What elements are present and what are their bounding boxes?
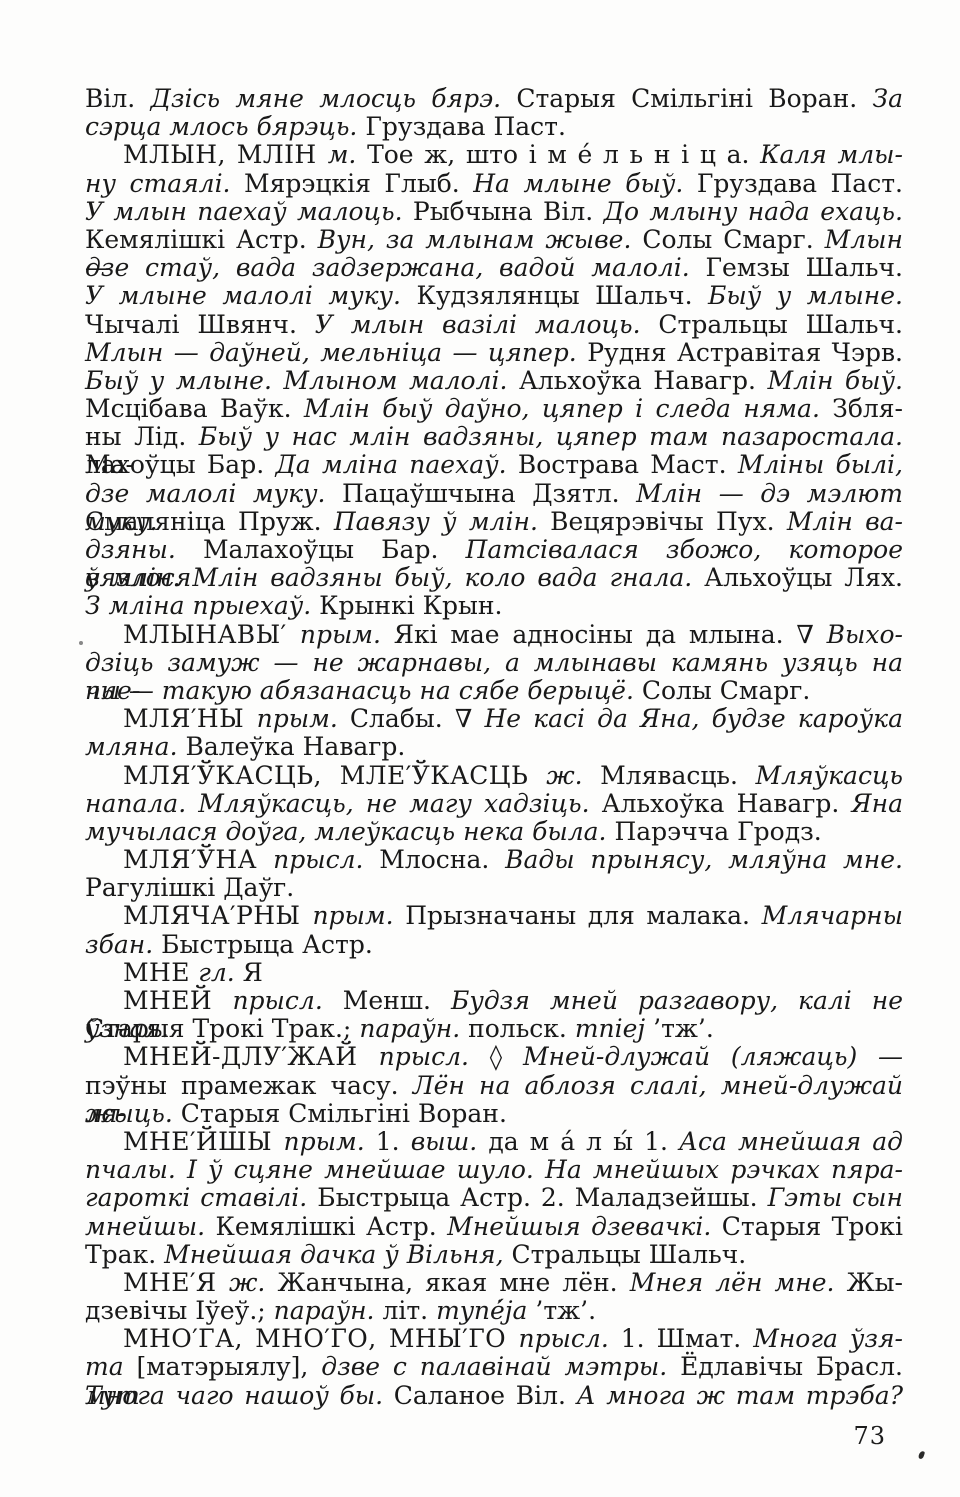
italic-text: Вады прынясу, мляўна мне. [505, 845, 903, 874]
text-line: МЛЫН, МЛІН м. Тое ж, што і м е́ л ь н і … [85, 141, 903, 169]
italic-text: Мней-длужай (ляжаць) — [523, 1042, 903, 1071]
roman-text: [матэрыялу], [136, 1352, 321, 1381]
headword: МНЕЙ-ДЛУ′ЖАЙ [123, 1042, 379, 1071]
text-line: дзяны. Малахоўцы Бар. Патсівалася збожо,… [85, 536, 903, 564]
roman-text: Груздава Паст. [365, 112, 566, 141]
roman-text: Малахоўцы Бар. [203, 535, 466, 564]
text-line: пчалы. І ў сцяне мнейшае шуло. На мнейшы… [85, 1156, 903, 1184]
italic-text: чы — такую абязанасць на сябе берыцё. [85, 676, 642, 705]
text-line: Быў у млыне. Млыном малолі. Альхоўка Нав… [85, 367, 903, 395]
italic-text: гл. [198, 958, 242, 987]
italic-text: гароткі ставілі. [85, 1183, 317, 1212]
italic-text: Мнейшая дачка ў Вільня, [164, 1240, 511, 1269]
italic-text: ну стаялі. [85, 169, 244, 198]
italic-text: На млыне быў. [473, 169, 697, 198]
text-line: та [матэрыялу], дзве с палавінай мэтры. … [85, 1353, 903, 1381]
text-line: МНО′ГА, МНО′ГО, МНЫ′ГО прысл. 1. Шмат. М… [85, 1325, 903, 1353]
headword: МЛЯ′НЫ [123, 704, 257, 733]
italic-text: Да мліна паехаў. [275, 450, 517, 479]
text-line: Чычалі Швянч. У млын вазілі малоць. Стра… [85, 311, 903, 339]
text-line: збан. Быстрыца Астр. [85, 931, 903, 959]
text-line: дзе стаў, вада задзержана, вадой малолі.… [85, 254, 903, 282]
roman-text: 1. [376, 1127, 411, 1156]
italic-text: пчалы. І ў сцяне мнейшае шуло. На мнейшы… [85, 1155, 903, 1184]
text-line: У млыне малолі муку. Кудзялянцы Шальч. Б… [85, 282, 903, 310]
text-line: лахоўцы Бар. Да мліна паехаў. Вострава М… [85, 451, 903, 479]
roman-text: Млосна. [379, 845, 505, 874]
roman-text: Вострава Маст. [518, 450, 738, 479]
italic-text: Павязу ў млін. [334, 507, 550, 536]
italic-text: Вун, за млынам жыве. [318, 225, 643, 254]
roman-text: Тое ж, што і м е́ л ь н і ц а. [367, 140, 760, 169]
roman-text: Быстрыца Астр. 2. Маладзейшы. [317, 1183, 767, 1212]
roman-text: Саланое Віл. [394, 1381, 577, 1410]
page-number: 73 [853, 1422, 886, 1450]
italic-text: Яна [851, 789, 903, 818]
italic-text: многа чаго нашоў бы. [85, 1381, 394, 1410]
text-line: МЛЯ′ЎНА прысл. Млосна. Вады прынясу, мля… [85, 846, 903, 874]
headword: МНЕ [123, 958, 198, 987]
roman-text: Рыбчына Віл. [413, 197, 604, 226]
dictionary-page: Віл. Дзісь мяне млосць бярэ. Старыя Сміл… [0, 0, 960, 1497]
text-line: пэўны прамежак часу. Лён на аблозя слалі… [85, 1072, 903, 1100]
roman-text: Кемялішкі Астр. [85, 225, 318, 254]
italic-text: м. [328, 140, 367, 169]
roman-text: Які мае адносіны да млына. ∇ [394, 620, 827, 649]
roman-text: Віл. [85, 84, 151, 113]
italic-text: Не касі да Яна, будзе кароўка [484, 704, 903, 733]
roman-text: польск. [468, 1014, 575, 1043]
italic-text: Каля млы- [760, 140, 903, 169]
italic-text: прысл. [273, 845, 379, 874]
roman-text: ’тж’. [653, 1014, 714, 1043]
text-line: МЛЯ′ЎКАСЦЬ, МЛЕ′ЎКАСЦЬ ж. Млявасць. Мляў… [85, 762, 903, 790]
text-line: дзіць замуж — не жарнавы, а млынавы камя… [85, 649, 903, 677]
italic-text: У млыне малолі муку. [85, 281, 416, 310]
italic-text: Млін быў. [767, 366, 903, 395]
roman-text: Збля- [832, 394, 903, 423]
italic-text: У млын паехаў малоць. [85, 197, 413, 226]
roman-text: Стральцы Шальч. [512, 1240, 747, 1269]
italic-text: прым. [257, 704, 350, 733]
text-line: Кемялішкі Астр. Вун, за млынам жыве. Сол… [85, 226, 903, 254]
text-line: ў млін. Млін вадзяны быў, коло вада гнал… [85, 564, 903, 592]
italic-text: дзяны. [85, 535, 203, 564]
text-line: З мліна прыехаў. Крынкі Крын. [85, 592, 903, 620]
italic-text: мнейшы. [85, 1212, 216, 1241]
ink-speck [79, 641, 83, 645]
italic-text: З мліна прыехаў. [85, 591, 319, 620]
roman-text: літ. [382, 1296, 436, 1325]
headword: МНО′ГА, МНО′ГО, МНЫ′ГО [123, 1324, 518, 1353]
text-line: мнейшы. Кемялішкі Астр. Мнейшыя дзевачкі… [85, 1213, 903, 1241]
italic-text: параўн. [359, 1014, 468, 1043]
text-line: мляна. Валеўка Навагр. [85, 733, 903, 761]
headword: МНЕ′ЙШЫ [123, 1127, 284, 1156]
italic-text: сэрца млось бярэць. [85, 112, 365, 141]
italic-text: Дзісь мяне млосць бярэ. [151, 84, 517, 113]
italic-text: жыць. [85, 1099, 181, 1128]
italic-text: та [85, 1352, 136, 1381]
italic-text: До млыну нада ехаць. [604, 197, 903, 226]
roman-text: Альхоўка Навагр. [519, 366, 768, 395]
italic-text: прым. [284, 1127, 376, 1156]
roman-text: Альхоўка Навагр. [602, 789, 852, 818]
roman-text: Чычалі Швянч. [85, 310, 315, 339]
roman-text: Груздава Паст. [697, 169, 903, 198]
roman-text: Старыя Трокі Трак.; [85, 1014, 359, 1043]
italic-text: Млін ва- [787, 507, 903, 536]
text-line: МЛЫНАВЫ′ прым. Які мае адносіны да млына… [85, 621, 903, 649]
italic-text: Многа ўзя- [753, 1324, 903, 1353]
roman-text: да м а́ л ы́ 1. [488, 1127, 679, 1156]
roman-text: Гемзы Шальч. [706, 253, 904, 282]
roman-text: ’тж’. [535, 1296, 596, 1325]
italic-text: ж. [546, 761, 600, 790]
text-line: МЛЯ′НЫ прым. Слабы. ∇ Не касі да Яна, бу… [85, 705, 903, 733]
text-line: Віл. Дзісь мяне млосць бярэ. Старыя Сміл… [85, 85, 903, 113]
roman-text: Я [243, 958, 263, 987]
roman-text: ◊ [490, 1042, 523, 1071]
ink-speck [918, 1450, 925, 1459]
roman-text: Менш. [343, 986, 451, 1015]
roman-text: Прызначаны для малака. [405, 901, 761, 930]
roman-text: Смаляніца Пруж. [85, 507, 334, 536]
italic-text: параўн. [274, 1296, 383, 1325]
italic-text: Выхо- [827, 620, 903, 649]
roman-text: Рудня Астравітая Чэрв. [587, 338, 903, 367]
text-line: дзевічы Іўеў.; параўн. літ. mynė́ja ’тж’… [85, 1297, 903, 1325]
roman-text: лахоўцы Бар. [85, 450, 275, 479]
italic-text: збан. [85, 930, 161, 959]
roman-text: Старыя Трокі [722, 1212, 903, 1241]
roman-text: Крынкі Крын. [319, 591, 502, 620]
text-line: МНЕ гл. Я [85, 959, 903, 987]
italic-text: Быў у млыне. Млыном малолі. [85, 366, 519, 395]
text-line: Трак. Мнейшая дачка ў Вільня, Стральцы Ш… [85, 1241, 903, 1269]
text-line: дзе малолі муку. Пацаўшчына Дзятл. Млін … [85, 480, 903, 508]
roman-text: ны Лід. [85, 422, 199, 451]
roman-text: Кудзялянцы Шальч. [416, 281, 708, 310]
roman-text: дзевічы Іўеў.; [85, 1296, 274, 1325]
italic-text: Мліны былі, [738, 450, 903, 479]
text-line: Смаляніца Пруж. Павязу ў млін. Вецярэвіч… [85, 508, 903, 536]
roman-text: Трак. [85, 1240, 164, 1269]
text-line: У млын паехаў малоць. Рыбчына Віл. До мл… [85, 198, 903, 226]
italic-text: Быў у нас млін вадзяны, цяпер там пазаро… [199, 422, 903, 451]
italic-text: ж. [229, 1268, 277, 1297]
roman-text: Ёдлавічы Брасл. [680, 1352, 903, 1381]
roman-text: Быстрыца Астр. [161, 930, 373, 959]
roman-text: Стральцы Шальч. [658, 310, 903, 339]
roman-text: Старыя Смільгіні Воран. [181, 1099, 507, 1128]
italic-text: прысл. [379, 1042, 490, 1071]
italic-text: прым. [300, 620, 394, 649]
text-line: МЛЯЧА′РНЫ прым. Прызначаны для малака. М… [85, 902, 903, 930]
headword: МЛЫНАВЫ′ [123, 620, 300, 649]
text-line: напала. Мляўкасць, не магу хадзіць. Альх… [85, 790, 903, 818]
italic-text: Аса мнейшая ад [679, 1127, 903, 1156]
roman-text: пэўны прамежак часу. [85, 1071, 413, 1100]
roman-text: Старыя Смільгіні Воран. [516, 84, 872, 113]
roman-text: Слабы. ∇ [350, 704, 485, 733]
text-line: МНЕ′ЙШЫ прым. 1. выш. да м а́ л ы́ 1. Ас… [85, 1128, 903, 1156]
italic-text: mynė́ja [436, 1296, 535, 1325]
italic-text: Млячарны [762, 901, 903, 930]
roman-text: Кемялішкі Астр. [216, 1212, 448, 1241]
italic-text: Млін быў даўно, цяпер і следа няма. [304, 394, 832, 423]
text-line: жыць. Старыя Смільгіні Воран. [85, 1100, 903, 1128]
text-line: МНЕЙ-ДЛУ′ЖАЙ прысл. ◊ Мней-длужай (ляжац… [85, 1043, 903, 1071]
text-line: сэрца млось бярэць. Груздава Паст. [85, 113, 903, 141]
italic-text: Быў у млыне. [708, 281, 903, 310]
roman-text: Жанчына, якая мне лён. [277, 1268, 629, 1297]
italic-text: Мнейшыя дзевачкі. [447, 1212, 722, 1241]
italic-text: дзе стаў, вада задзержана, вадой малолі. [85, 253, 706, 282]
roman-text: Вецярэвічы Пух. [550, 507, 787, 536]
italic-text: Млын — даўней, мельніца — цяпер. [85, 338, 587, 367]
italic-text: Гэты сын [768, 1183, 903, 1212]
text-line: МНЕ′Я ж. Жанчына, якая мне лён. Мнея лён… [85, 1269, 903, 1297]
text-line: ны Лід. Быў у нас млін вадзяны, цяпер та… [85, 423, 903, 451]
roman-text: Альхоўцы Лях. [704, 563, 903, 592]
roman-text: 1. Шмат. [621, 1324, 753, 1353]
italic-text: мучылася доўга, млеўкасць нека была. [85, 817, 614, 846]
roman-text: Мсцібава Ваўк. [85, 394, 304, 423]
italic-text: ў млін. Млін вадзяны быў, коло вада гнал… [85, 563, 704, 592]
italic-text: прысл. [518, 1324, 620, 1353]
roman-text: Солы Смарг. [642, 676, 810, 705]
italic-text: Мнея лён мне. [630, 1268, 847, 1297]
text-line: Млын — даўней, мельніца — цяпер. Рудня А… [85, 339, 903, 367]
text-line: ну стаялі. Мярэцкія Глыб. На млыне быў. … [85, 170, 903, 198]
italic-text: Мляўкасць [756, 761, 903, 790]
text-line: чы — такую абязанасць на сябе берыцё. Со… [85, 677, 903, 705]
headword: МЛЯЧА′РНЫ [123, 901, 312, 930]
text-line: Мсцібава Ваўк. Млін быў даўно, цяпер і с… [85, 395, 903, 423]
headword: МЛЫН, МЛІН [123, 140, 328, 169]
text-column: Віл. Дзісь мяне млосць бярэ. Старыя Сміл… [85, 85, 903, 1410]
roman-text: Жы- [847, 1268, 903, 1297]
roman-text: Валеўка Навагр. [185, 732, 405, 761]
italic-text: напала. Мляўкасць, не магу хадзіць. [85, 789, 602, 818]
italic-text: прым. [312, 901, 405, 930]
text-line: гароткі ставілі. Быстрыца Астр. 2. Малад… [85, 1184, 903, 1212]
roman-text: Рагулішкі Даўг. [85, 873, 294, 902]
headword: МНЕЙ [123, 986, 232, 1015]
italic-text: У млын вазілі малоць. [315, 310, 659, 339]
roman-text: Пацаўшчына Дзятл. [342, 479, 636, 508]
italic-text: mniej [575, 1014, 653, 1043]
italic-text: мляна. [85, 732, 185, 761]
text-line: многа чаго нашоў бы. Саланое Віл. А мног… [85, 1382, 903, 1410]
italic-text: дзе малолі муку. [85, 479, 342, 508]
text-line: МНЕЙ прысл. Менш. Будзя мней разгавору, … [85, 987, 903, 1015]
italic-text: А многа ж там трэба? [577, 1381, 903, 1410]
text-line: Рагулішкі Даўг. [85, 874, 903, 902]
headword: МЛЯ′ЎНА [123, 845, 273, 874]
roman-text: Солы Смарг. [642, 225, 824, 254]
text-line: Старыя Трокі Трак.; параўн. польск. mnie… [85, 1015, 903, 1043]
text-line: мучылася доўга, млеўкасць нека была. Пар… [85, 818, 903, 846]
headword: МЛЯ′ЎКАСЦЬ, МЛЕ′ЎКАСЦЬ [123, 761, 546, 790]
italic-text: выш. [411, 1127, 489, 1156]
roman-text: Мярэцкія Глыб. [244, 169, 473, 198]
roman-text: Парэчча Гродз. [614, 817, 821, 846]
headword: МНЕ′Я [123, 1268, 229, 1297]
roman-text: Млявасць. [600, 761, 755, 790]
italic-text: За [873, 84, 903, 113]
italic-text: дзве с палавінай мэтры. [321, 1352, 680, 1381]
italic-text: прысл. [232, 986, 342, 1015]
